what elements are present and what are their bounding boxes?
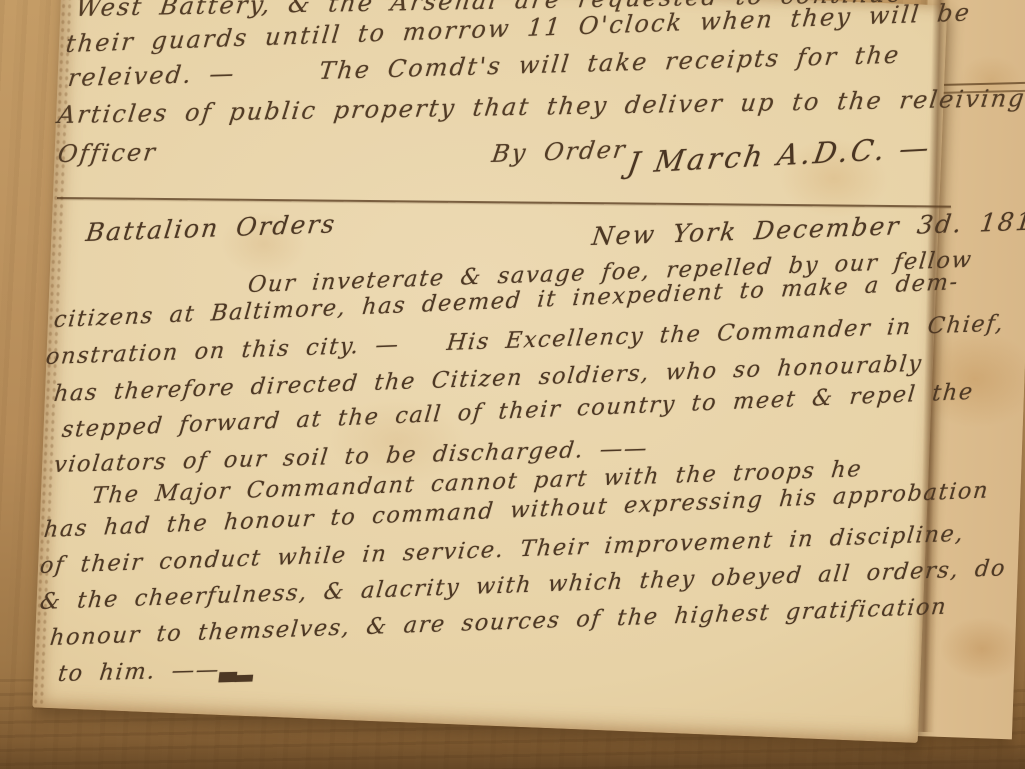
ink-smudge-dash: ▃▂ bbox=[219, 656, 255, 683]
manuscript-closing-line: to him. ——▃▂ bbox=[57, 656, 255, 687]
closing-text: to him. —— bbox=[57, 657, 222, 687]
by-order-label: By Order bbox=[490, 135, 629, 168]
manuscript-line: Officer bbox=[56, 138, 158, 168]
